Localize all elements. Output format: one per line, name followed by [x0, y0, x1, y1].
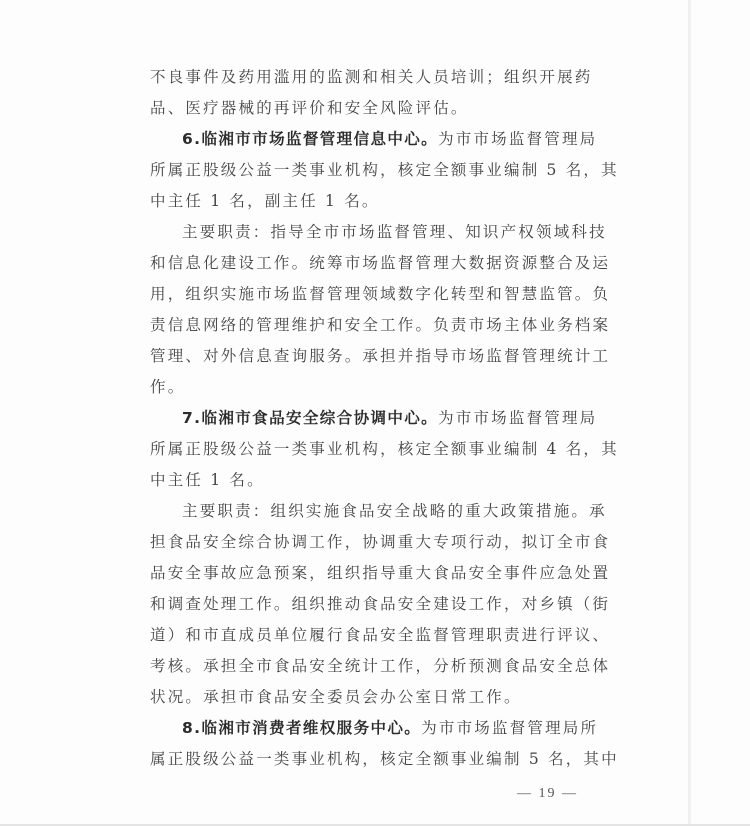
- text-line: 道）和市直成员单位履行食品安全监督管理职责进行评议、: [150, 620, 590, 651]
- document-body: 不良事件及药用滥用的监测和相关人员培训；组织开展药 品、医疗器械的再评价和安全风…: [150, 62, 590, 775]
- text-line: 不良事件及药用滥用的监测和相关人员培训；组织开展药: [150, 62, 590, 93]
- document-page: 不良事件及药用滥用的监测和相关人员培训；组织开展药 品、医疗器械的再评价和安全风…: [0, 0, 750, 824]
- section-heading-rest: 为市市场监督管理局: [438, 409, 597, 427]
- duties-line: 主要职责：指导全市市场监督管理、知识产权领域科技: [150, 217, 590, 248]
- text-line: 品安全事故应急预案，组织指导重大食品安全事件应急处置: [150, 558, 590, 589]
- section-heading-8: 8.临湘市消费者维权服务中心。为市市场监督管理局所: [150, 713, 590, 744]
- text-line: 所属正股级公益一类事业机构，核定全额事业编制 4 名，其: [150, 434, 590, 465]
- text-line: 管理、对外信息查询服务。承担并指导市场监督管理统计工: [150, 341, 590, 372]
- text-line: 责信息网络的管理维护和安全工作。负责市场主体业务档案: [150, 310, 590, 341]
- text-line: 状况。承担市食品安全委员会办公室日常工作。: [150, 682, 590, 713]
- section-title: 7.临湘市食品安全综合协调中心。: [182, 409, 438, 427]
- section-title: 6.临湘市市场监督管理信息中心。: [182, 130, 438, 148]
- text-line: 担食品安全综合协调工作，协调重大专项行动，拟订全市食: [150, 527, 590, 558]
- section-heading-rest: 为市市场监督管理局: [438, 130, 597, 148]
- text-line: 和信息化建设工作。统筹市场监督管理大数据资源整合及运: [150, 248, 590, 279]
- text-line: 品、医疗器械的再评价和安全风险评估。: [150, 93, 590, 124]
- page-fold-line: [688, 0, 691, 824]
- text-line: 和调查处理工作。组织推动食品安全建设工作，对乡镇（街: [150, 589, 590, 620]
- text-line: 用，组织实施市场监督管理领域数字化转型和智慧监管。负: [150, 279, 590, 310]
- section-title: 8.临湘市消费者维权服务中心。: [182, 719, 421, 737]
- text-line: 中主任 1 名。: [150, 465, 590, 496]
- section-heading-7: 7.临湘市食品安全综合协调中心。为市市场监督管理局: [150, 403, 590, 434]
- text-line: 属正股级公益一类事业机构，核定全额事业编制 5 名，其中: [150, 744, 590, 775]
- text-line: 中主任 1 名，副主任 1 名。: [150, 186, 590, 217]
- text-line: 作。: [150, 372, 590, 403]
- section-heading-6: 6.临湘市市场监督管理信息中心。为市市场监督管理局: [150, 124, 590, 155]
- page-number: — 19 —: [517, 786, 578, 802]
- text-line: 所属正股级公益一类事业机构，核定全额事业编制 5 名，其: [150, 155, 590, 186]
- section-heading-rest: 为市市场监督管理局所: [421, 719, 598, 737]
- text-line: 考核。承担全市食品安全统计工作，分析预测食品安全总体: [150, 651, 590, 682]
- duties-line: 主要职责：组织实施食品安全战略的重大政策措施。承: [150, 496, 590, 527]
